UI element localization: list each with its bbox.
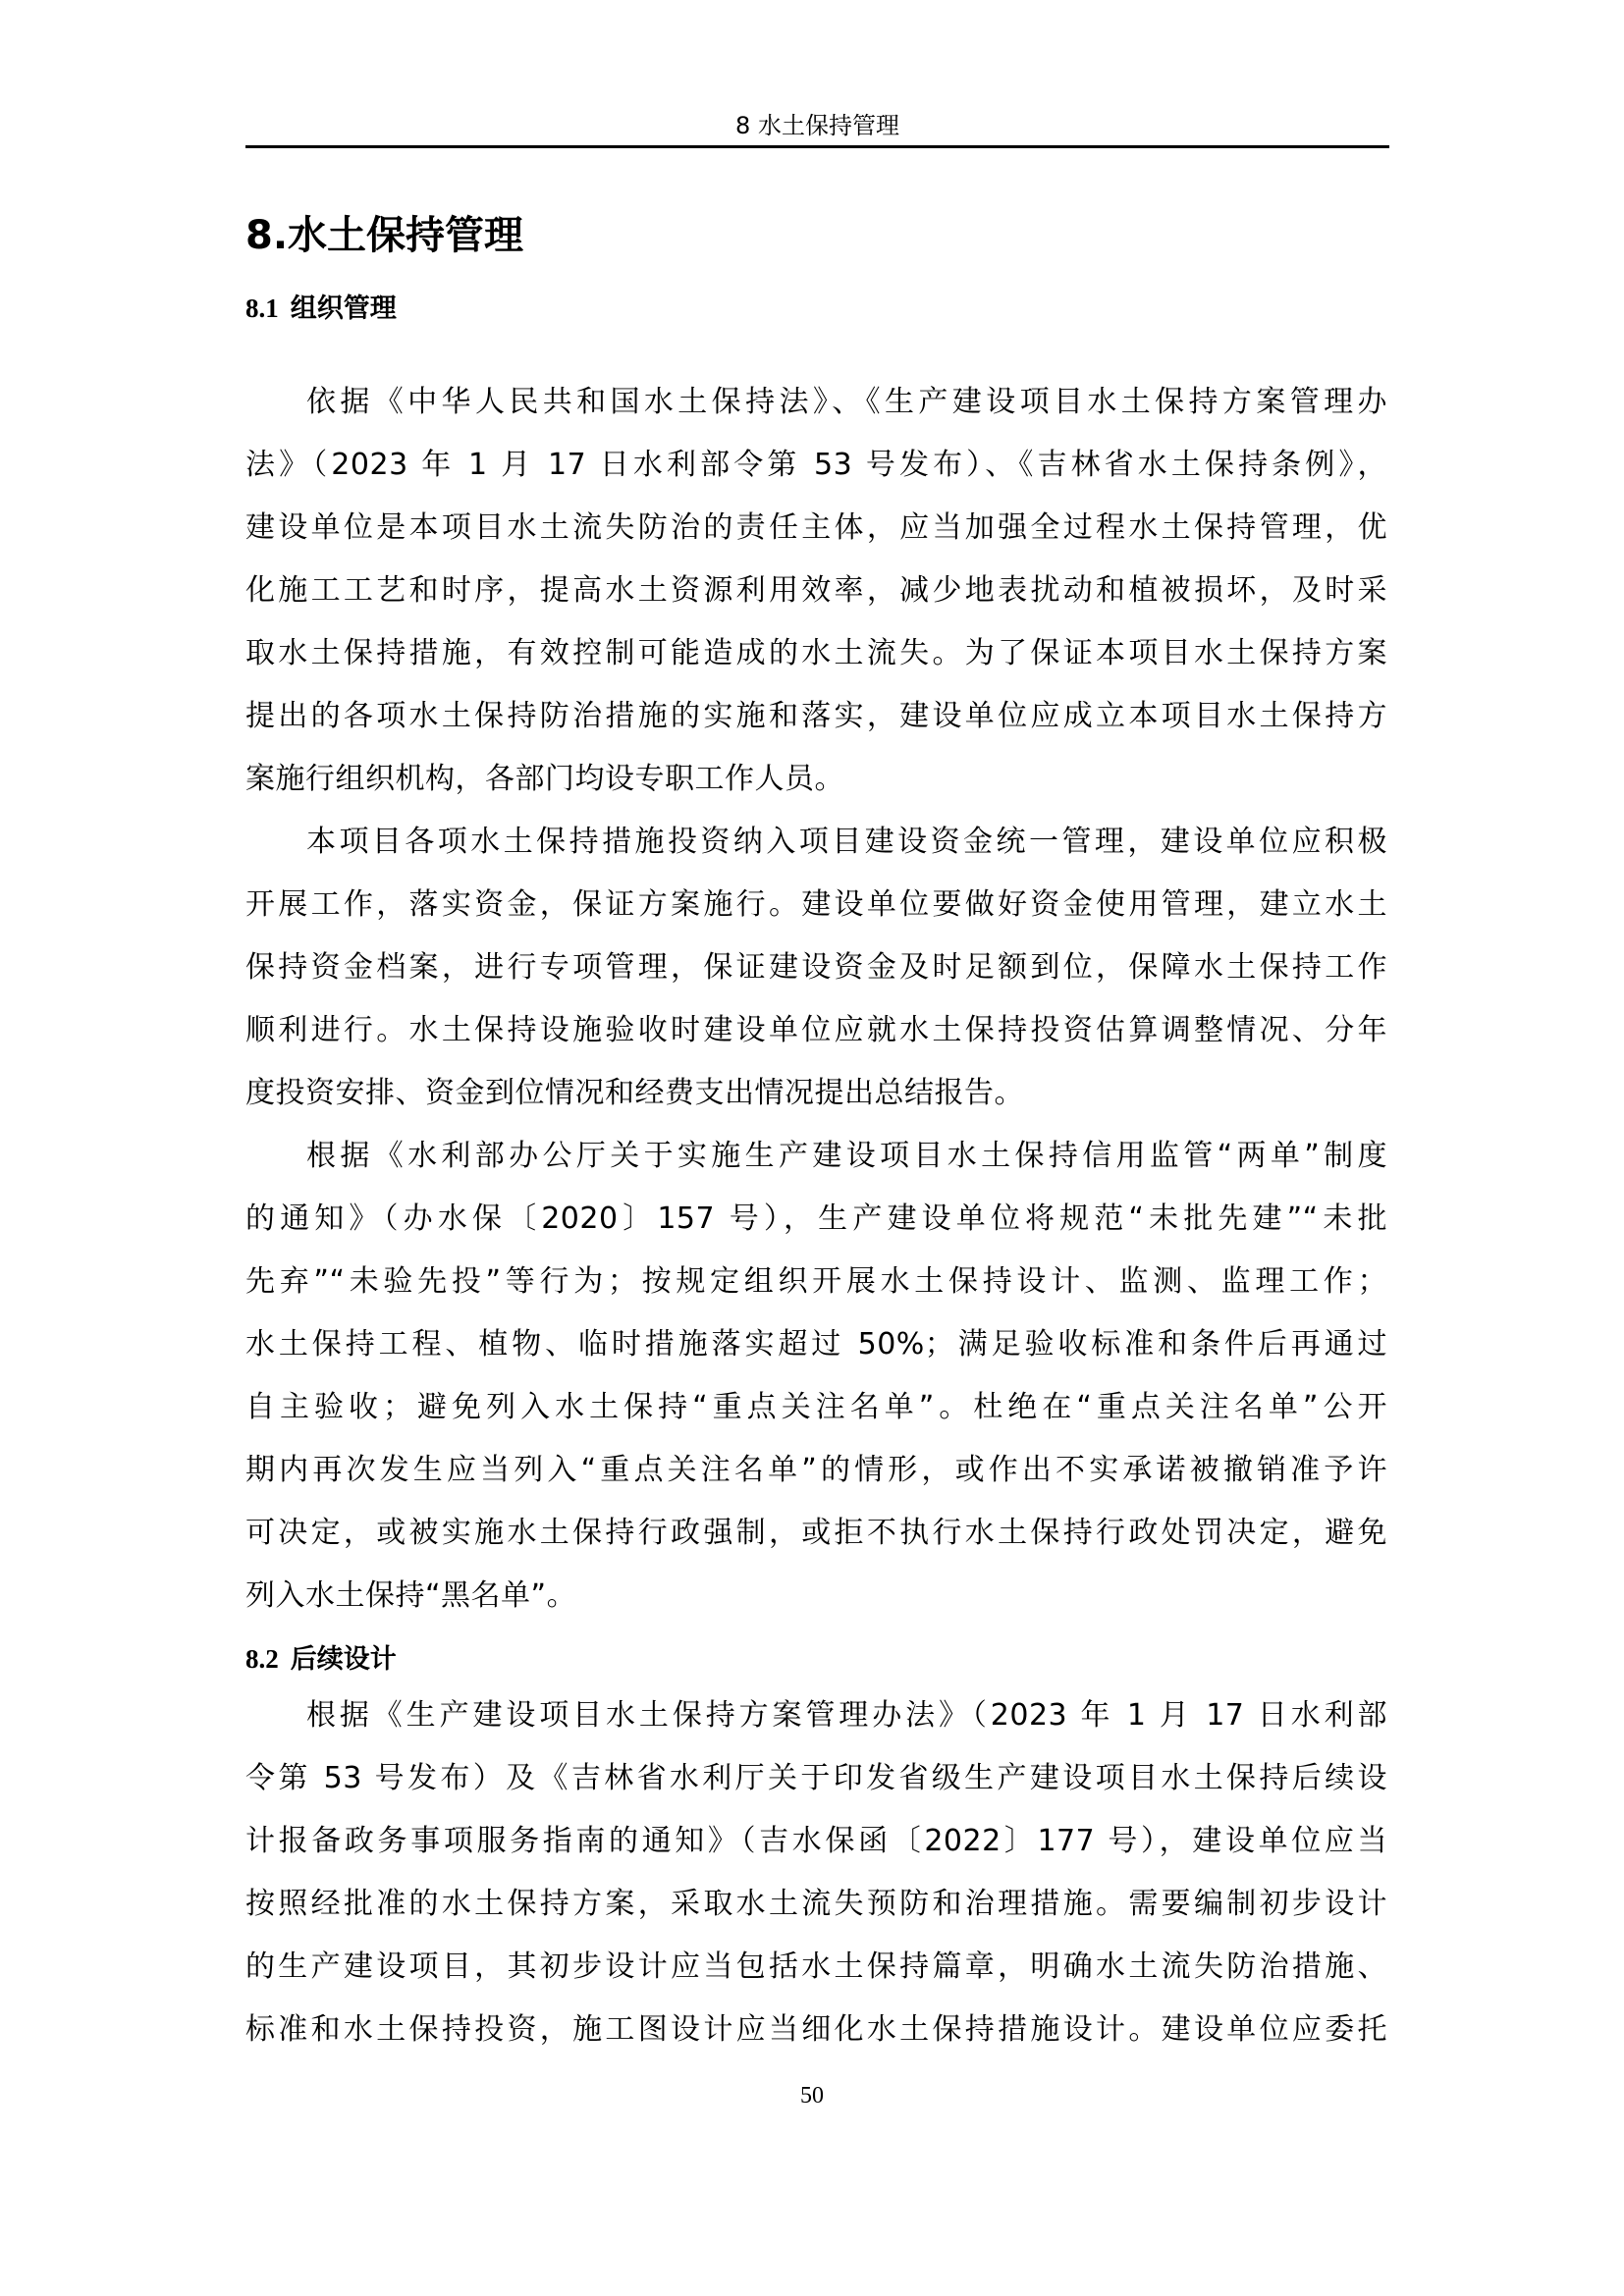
text-line: 法》（2023 年 1 月 17 日水利部令第 53 号发布）、《吉林省水土保持…	[245, 434, 1387, 497]
paragraph: 根据《生产建设项目水土保持方案管理办法》（2023 年 1 月 17 日水利部 …	[245, 1684, 1387, 2061]
text-line: 度投资安排、资金到位情况和经费支出情况提出总结报告。	[245, 1062, 1387, 1125]
running-header: 8 水土保持管理	[245, 110, 1389, 141]
text-line: 保持资金档案，进行专项管理，保证建设资金及时足额到位，保障水土保持工作	[245, 936, 1387, 999]
text-line: 可决定，或被实施水土保持行政强制，或拒不执行水土保持行政处罚决定，避免	[245, 1502, 1387, 1565]
text-line: 根据《水利部办公厅关于实施生产建设项目水土保持信用监管“两单”制度	[245, 1125, 1387, 1188]
text-line: 自主验收；避免列入水土保持“重点关注名单”。杜绝在“重点关注名单”公开	[245, 1376, 1387, 1439]
text-line: 建设单位是本项目水土流失防治的责任主体，应当加强全过程水土保持管理，优	[245, 497, 1387, 560]
paragraph: 依据《中华人民共和国水土保持法》、《生产建设项目水土保持方案管理办 法》（202…	[245, 371, 1387, 811]
text-line: 水土保持工程、植物、临时措施落实超过 50%；满足验收标准和条件后再通过	[245, 1313, 1387, 1376]
text-line: 取水土保持措施，有效控制可能造成的水土流失。为了保证本项目水土保持方案	[245, 622, 1387, 685]
text-line: 化施工工艺和时序，提高水土资源利用效率，减少地表扰动和植被损坏，及时采	[245, 560, 1387, 622]
text-line: 案施行组织机构，各部门均设专职工作人员。	[245, 748, 1387, 811]
text-line: 提出的各项水土保持防治措施的实施和落实，建设单位应成立本项目水土保持方	[245, 685, 1387, 748]
text-line: 根据《生产建设项目水土保持方案管理办法》（2023 年 1 月 17 日水利部	[245, 1684, 1387, 1747]
text-line: 的生产建设项目，其初步设计应当包括水土保持篇章，明确水土流失防治措施、	[245, 1936, 1387, 1999]
text-line: 期内再次发生应当列入“重点关注名单”的情形，或作出不实承诺被撤销准予许	[245, 1439, 1387, 1502]
text-line: 计报备政务事项服务指南的通知》（吉水保函〔2022〕177 号），建设单位应当	[245, 1810, 1387, 1873]
section-title-text: 后续设计	[291, 1644, 397, 1675]
text-line: 按照经批准的水土保持方案，采取水土流失预防和治理措施。需要编制初步设计	[245, 1873, 1387, 1936]
paragraph: 根据《水利部办公厅关于实施生产建设项目水土保持信用监管“两单”制度 的通知》（办…	[245, 1125, 1387, 1628]
text-line: 开展工作，落实资金，保证方案施行。建设单位要做好资金使用管理，建立水土	[245, 874, 1387, 936]
text-line: 的通知》（办水保〔2020〕157 号），生产建设单位将规范“未批先建”“未批	[245, 1188, 1387, 1251]
section-heading-8-2: 8.2后续设计	[245, 1641, 397, 1678]
text-line: 标准和水土保持投资，施工图设计应当细化水土保持措施设计。建设单位应委托	[245, 1999, 1387, 2061]
header-divider	[245, 145, 1389, 148]
text-line: 先弃”“未验先投”等行为；按规定组织开展水土保持设计、监测、监理工作；	[245, 1251, 1387, 1313]
text-line: 令第 53 号发布）及《吉林省水利厅关于印发省级生产建设项目水土保持后续设	[245, 1747, 1387, 1810]
chapter-title: 8.水土保持管理	[245, 210, 523, 261]
text-line: 依据《中华人民共和国水土保持法》、《生产建设项目水土保持方案管理办	[245, 371, 1387, 434]
text-line: 本项目各项水土保持措施投资纳入项目建设资金统一管理，建设单位应积极	[245, 811, 1387, 874]
section-heading-8-1: 8.1组织管理	[245, 291, 397, 327]
text-line: 列入水土保持“黑名单”。	[245, 1565, 1387, 1628]
page-number: 50	[0, 2081, 1624, 2110]
text-line: 顺利进行。水土保持设施验收时建设单位应就水土保持投资估算调整情况、分年	[245, 999, 1387, 1062]
paragraph: 本项目各项水土保持措施投资纳入项目建设资金统一管理，建设单位应积极 开展工作，落…	[245, 811, 1387, 1125]
section-number: 8.2	[245, 1644, 279, 1674]
section-title-text: 组织管理	[291, 294, 397, 324]
section-number: 8.1	[245, 294, 279, 323]
